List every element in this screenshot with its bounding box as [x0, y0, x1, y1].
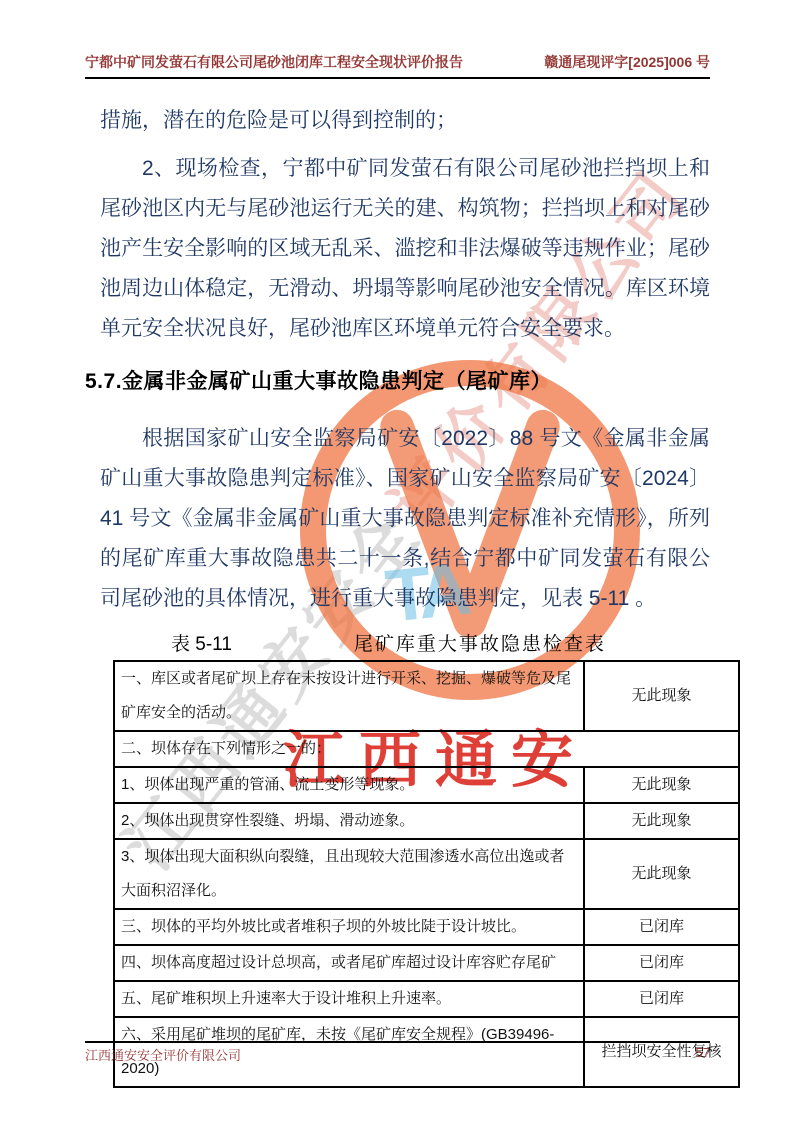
table-row: 3、坝体出现大面积纵向裂缝，且出现较大范围渗透水高位出逸或者大面积沼泽化。 无此…: [114, 839, 739, 909]
table-cell-result: 已闭库: [584, 945, 739, 981]
table-row: 1、坝体出现严重的管涌、流土变形等现象。 无此现象: [114, 767, 739, 803]
page-header: 宁都中矿同发萤石有限公司尾砂池闭库工程安全现状评价报告 赣通尾现评字[2025]…: [85, 52, 710, 79]
table-row: 四、坝体高度超过设计总坝高，或者尾矿库超过设计库容贮存尾矿 已闭库: [114, 945, 739, 981]
footer-company-name: 江西通安安全评价有限公司: [85, 1045, 241, 1064]
header-report-title: 宁都中矿同发萤石有限公司尾砂池闭库工程安全现状评价报告: [85, 52, 463, 72]
table-cell-result: 无此现象: [584, 803, 739, 839]
table-row: 2、坝体出现贯穿性裂缝、坍塌、滑动迹象。 无此现象: [114, 803, 739, 839]
body-text-2: 根据国家矿山安全监察局矿安〔2022〕88 号文《金属非金属矿山重大事故隐患判定…: [100, 419, 710, 619]
paragraph-basis: 根据国家矿山安全监察局矿安〔2022〕88 号文《金属非金属矿山重大事故隐患判定…: [100, 419, 710, 619]
table-cell-item: 一、库区或者尾矿坝上存在未按设计进行开采、挖掘、爆破等危及尾矿库安全的活动。: [114, 661, 584, 731]
table-cell-item: 2、坝体出现贯穿性裂缝、坍塌、滑动迹象。: [114, 803, 584, 839]
report-page: 江西通安安全评价有限公司 TA 江西通安 宁都中矿同发萤石有限公司尾砂池闭库工程…: [0, 0, 793, 1122]
table-cell-item: 二、坝体存在下列情形之一的：: [114, 731, 739, 767]
paragraph-site-inspection: 2、现场检查，宁都中矿同发萤石有限公司尾砂池拦挡坝上和尾砂池区内无与尾砂池运行无…: [100, 149, 710, 349]
table-cell-item: 四、坝体高度超过设计总坝高，或者尾矿库超过设计库容贮存尾矿: [114, 945, 584, 981]
table-row: 二、坝体存在下列情形之一的：: [114, 731, 739, 767]
table-caption-label: 表 5-11: [171, 629, 232, 656]
table-cell-result: 无此现象: [584, 839, 739, 909]
footer-page-number: 57: [696, 1045, 710, 1064]
table-cell-result: 已闭库: [584, 909, 739, 945]
table-row: 三、坝体的平均外坡比或者堆积子坝的外坡比陡于设计坡比。 已闭库: [114, 909, 739, 945]
hazard-check-table: 一、库区或者尾矿坝上存在未按设计进行开采、挖掘、爆破等危及尾矿库安全的活动。 无…: [113, 660, 740, 1088]
table-cell-result: 无此现象: [584, 767, 739, 803]
section-heading: 5.7.金属非金属矿山重大事故隐患判定（尾矿库）: [85, 365, 710, 395]
table-cell-item: 1、坝体出现严重的管涌、流土变形等现象。: [114, 767, 584, 803]
table-row: 五、尾矿堆积坝上升速率大于设计堆积上升速率。 已闭库: [114, 981, 739, 1017]
table-cell-result: 已闭库: [584, 981, 739, 1017]
page-footer: 江西通安安全评价有限公司 57: [85, 1041, 710, 1064]
header-doc-number: 赣通尾现评字[2025]006 号: [544, 52, 710, 72]
body-text: 措施，潜在的危险是可以得到控制的； 2、现场检查，宁都中矿同发萤石有限公司尾砂池…: [100, 101, 710, 349]
table-caption: 表 5-11 尾矿库重大事故隐患检查表: [113, 629, 710, 656]
table-cell-item: 五、尾矿堆积坝上升速率大于设计堆积上升速率。: [114, 981, 584, 1017]
table-caption-title: 尾矿库重大事故隐患检查表: [354, 629, 606, 656]
table-cell-item: 3、坝体出现大面积纵向裂缝，且出现较大范围渗透水高位出逸或者大面积沼泽化。: [114, 839, 584, 909]
page-content: 宁都中矿同发萤石有限公司尾砂池闭库工程安全现状评价报告 赣通尾现评字[2025]…: [0, 0, 793, 1122]
table-cell-item: 三、坝体的平均外坡比或者堆积子坝的外坡比陡于设计坡比。: [114, 909, 584, 945]
table-cell-result: 无此现象: [584, 661, 739, 731]
paragraph-continuation: 措施，潜在的危险是可以得到控制的；: [100, 101, 710, 141]
table-row: 一、库区或者尾矿坝上存在未按设计进行开采、挖掘、爆破等危及尾矿库安全的活动。 无…: [114, 661, 739, 731]
